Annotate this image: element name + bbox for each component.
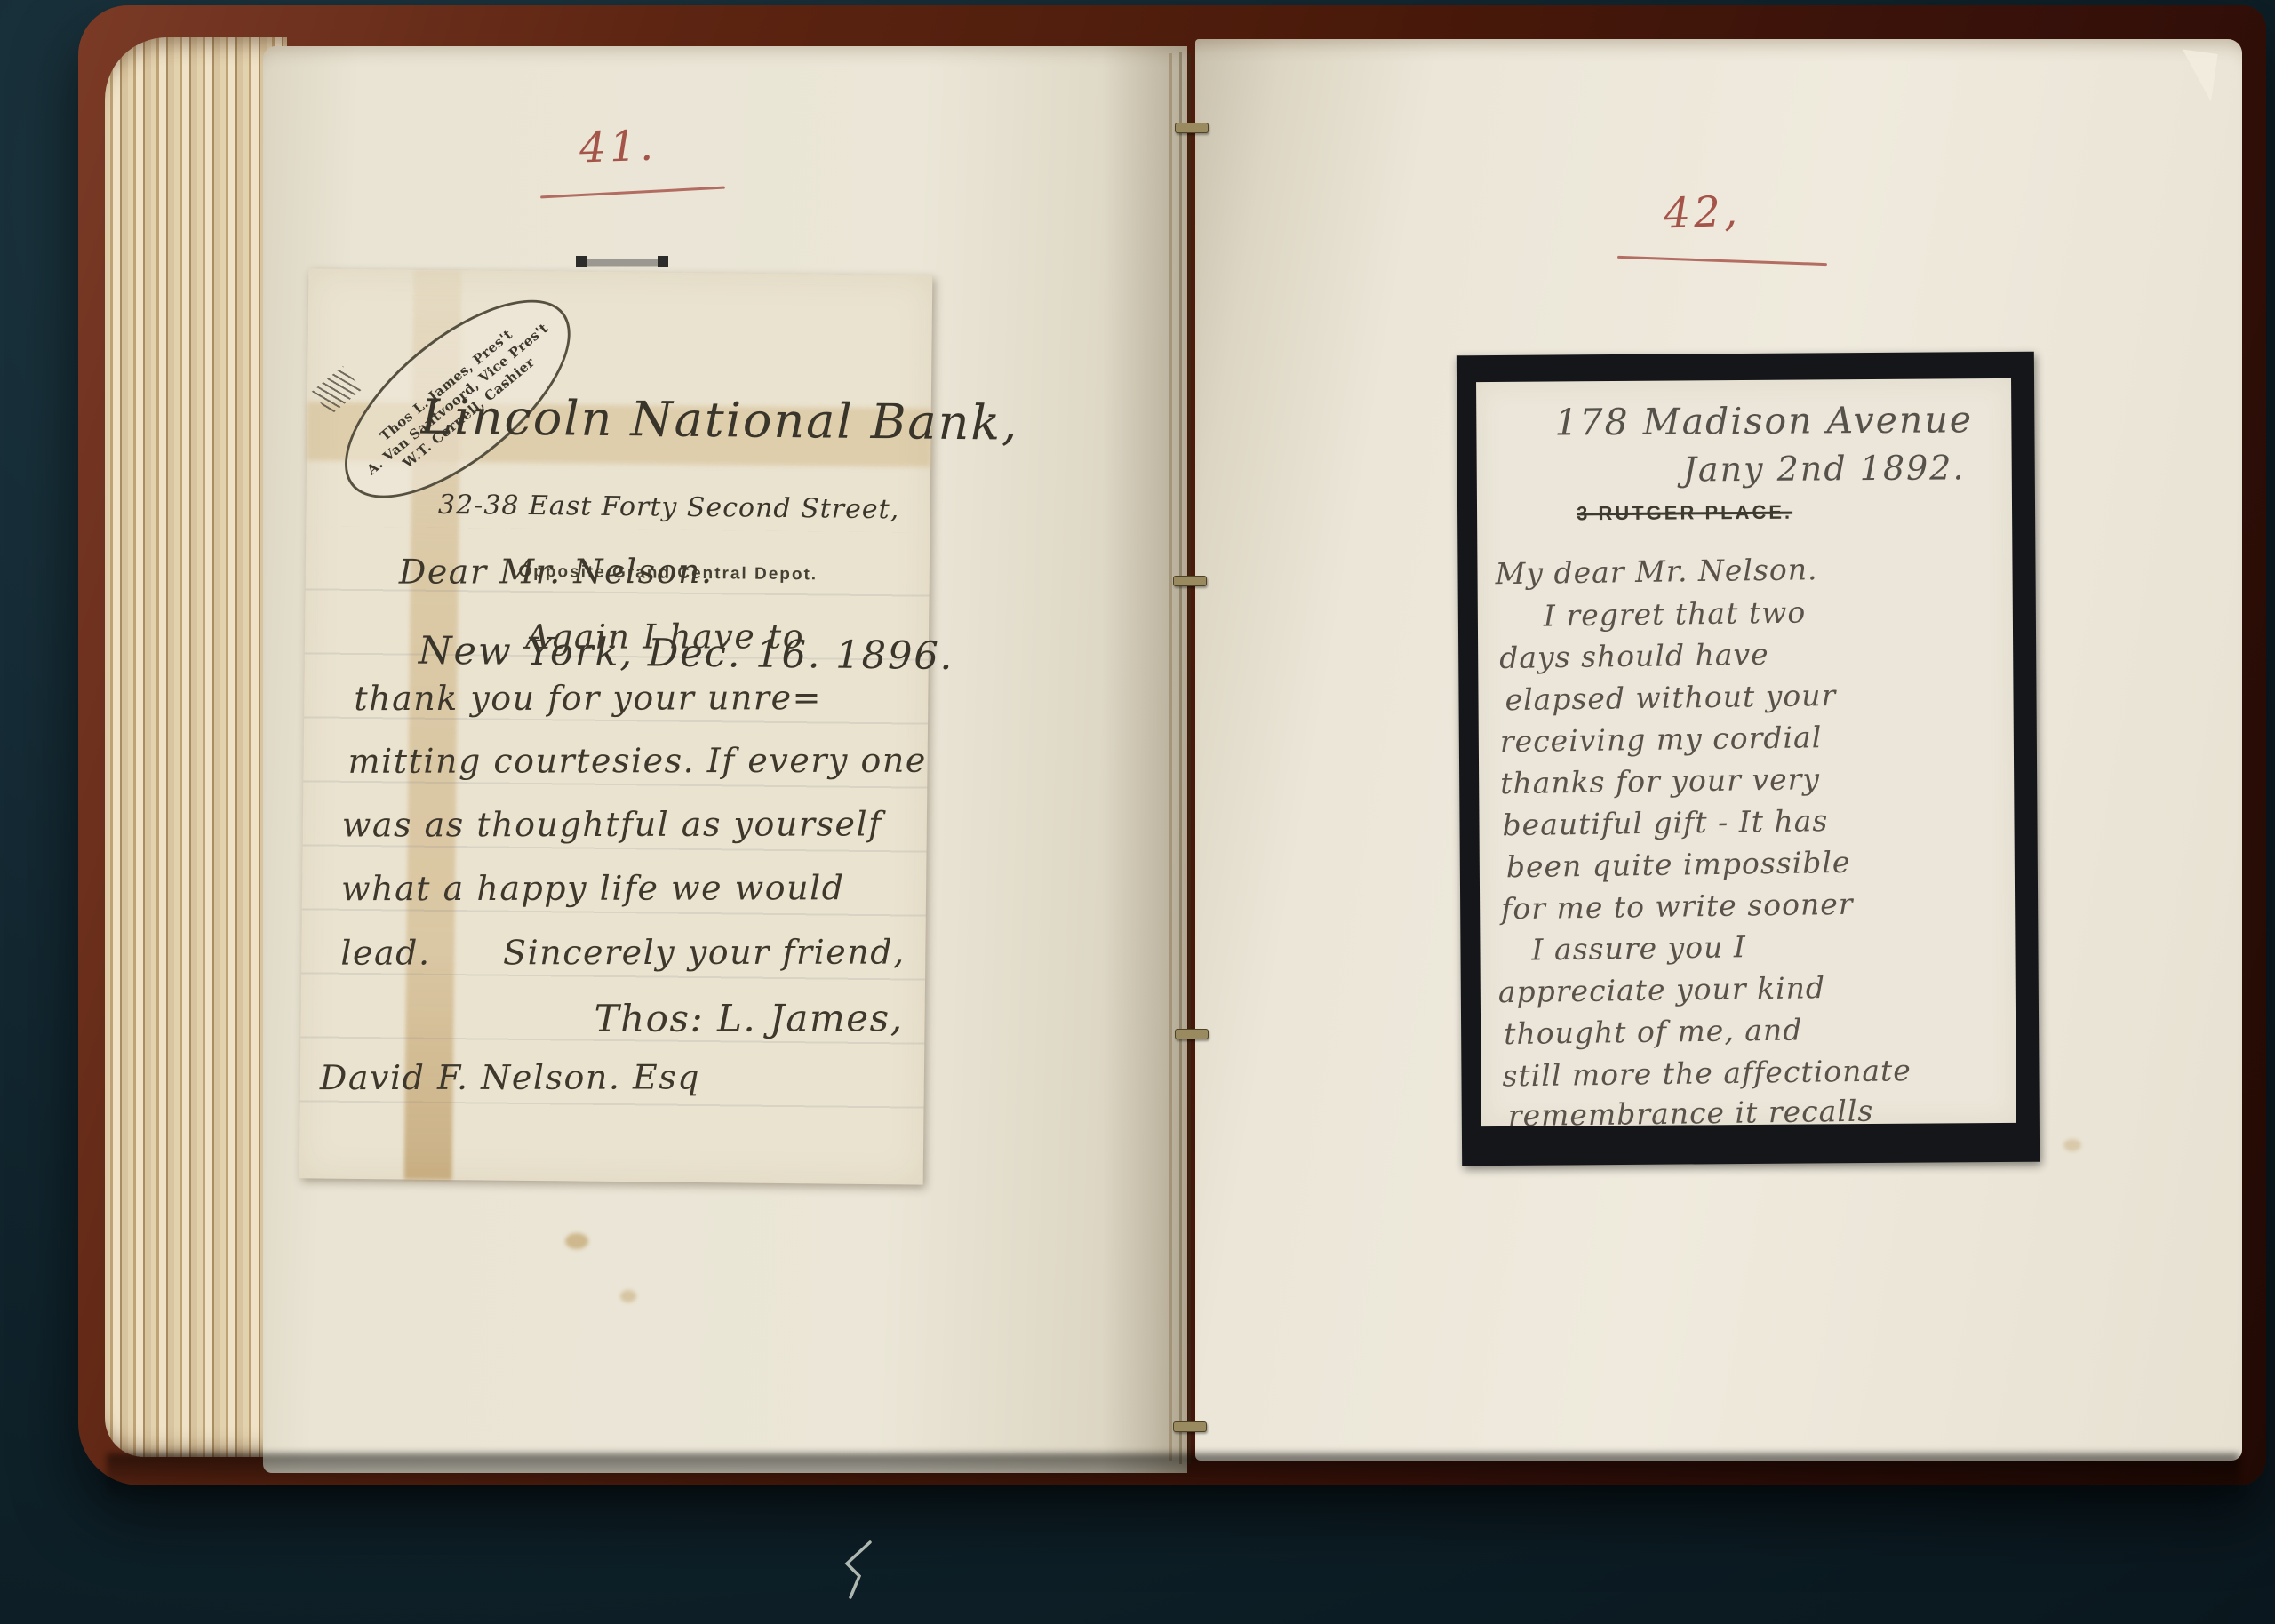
- stitch-knot: [1175, 123, 1209, 133]
- letter-body-line: been quite impossible: [1506, 845, 1851, 884]
- bank-street-address: 32-38 East Forty Second Street,: [419, 490, 917, 526]
- page-stain-spot: [2063, 1139, 2081, 1151]
- letter-body-line: I assure you I: [1531, 929, 1746, 967]
- page-corner-fold: [2175, 49, 2217, 101]
- stitch-knot: [1175, 1029, 1209, 1039]
- page-stain-spot: [620, 1290, 636, 1302]
- letterhead: Lincoln National Bank, 32-38 East Forty …: [418, 355, 919, 712]
- page-stack-edges: [105, 37, 287, 1457]
- letter-body-line: what a happy life we would: [341, 868, 845, 908]
- letter-body-line: elapsed without your: [1505, 678, 1836, 717]
- printed-address-struck-through: 3 RUTGER PLACE.: [1577, 501, 1792, 526]
- letter-body-line: thank you for your unre=: [354, 678, 822, 718]
- book-bottom-shadow: [107, 1453, 2239, 1500]
- gutter-page-edge: [1169, 53, 1172, 1461]
- gutter-shadow: [1102, 46, 1187, 1473]
- letter-body-line: mitting courtesies. If every one: [348, 741, 927, 781]
- mounted-letter-madison-avenue: 178 Madison Avenue Jany 2nd 1892. 3 RUTG…: [1476, 378, 2016, 1126]
- letter-date-line: Jany 2nd 1892.: [1683, 448, 1966, 489]
- letter-body-line: remembrance it recalls: [1508, 1094, 1874, 1134]
- letter-body-line: beautiful gift - It has: [1502, 803, 1828, 842]
- letter-body-line: was as thoughtful as yourself: [342, 804, 882, 844]
- letter-body-line: Again I have to: [525, 617, 804, 657]
- addressee-david-f-nelson: David F. Nelson. Esq: [320, 1057, 700, 1097]
- letter-body-line: days should have: [1499, 637, 1769, 675]
- binding-stitch-thread: [1188, 53, 1191, 1464]
- staple-end: [576, 256, 587, 267]
- salutation: Dear Mr. Nelson.: [399, 552, 714, 592]
- stitch-knot: [1173, 1421, 1207, 1432]
- black-mount-mat: 178 Madison Avenue Jany 2nd 1892. 3 RUTG…: [1457, 352, 2040, 1166]
- salutation: My dear Mr. Nelson.: [1495, 552, 1817, 591]
- signature-thos-l-james: Thos: L. James,: [595, 996, 904, 1040]
- letter-body-line: thanks for your very: [1500, 761, 1820, 800]
- right-page-number: 42,: [1663, 187, 1742, 239]
- letter-body-line: I regret that two: [1544, 595, 1807, 633]
- left-page-number: 41.: [579, 122, 658, 173]
- page-stain-spot: [565, 1233, 588, 1249]
- letter-address-line: 178 Madison Avenue: [1554, 398, 1973, 443]
- gutter-page-edge: [1179, 52, 1182, 1464]
- bank-name: Lincoln National Bank,: [420, 389, 919, 450]
- letter-body-line: for me to write sooner: [1501, 887, 1854, 927]
- letter-body-line: appreciate your kind: [1498, 970, 1826, 1009]
- mounted-letter-lincoln-bank: Thos L. James, Pres't A. Van Santvoord, …: [299, 268, 933, 1184]
- letter-body-line: receiving my cordial: [1500, 720, 1823, 759]
- photo-open-album: 41. Thos L. James, Pres't A. Van Santvoo…: [0, 0, 2275, 1624]
- staple-end: [658, 256, 668, 267]
- letter-body-line: still more the affectionate: [1502, 1053, 1912, 1093]
- letter-body-line: thought of me, and: [1504, 1012, 1803, 1051]
- stitch-knot: [1173, 576, 1207, 586]
- loose-thread: [840, 1539, 882, 1610]
- staple: [579, 259, 665, 265]
- closing-line: lead. Sincerely your friend,: [340, 933, 905, 973]
